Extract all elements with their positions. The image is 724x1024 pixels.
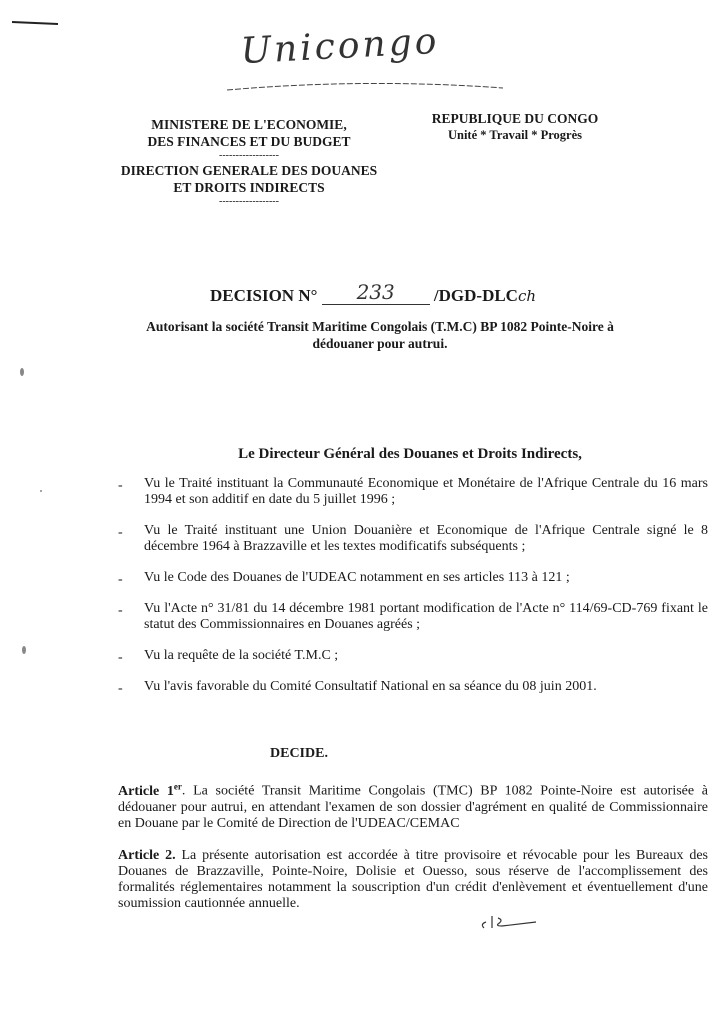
republic-header: REPUBLIQUE DU CONGO Unité * Travail * Pr… [415,110,615,144]
handwritten-underline [225,80,505,92]
direction-line-1: DIRECTION GENERALE DES DOUANES [108,162,390,179]
article-label: Article 1er [118,784,182,799]
country-name: REPUBLIQUE DU CONGO [415,110,615,127]
scan-speck [40,490,42,492]
decision-prefix: DECISION N° [210,286,317,305]
scan-speck [20,368,24,376]
decision-handwritten-suffix: ch [518,287,536,305]
article-text: . La société Transit Maritime Congolais … [118,784,708,831]
articles: Article 1er. La société Transit Maritime… [118,778,708,928]
consideration-item: -Vu l'avis favorable du Comité Consultat… [118,679,708,695]
article-label: Article 2. [118,848,176,863]
separator: ------------------ [108,150,390,162]
decision-subtitle: Autorisant la société Transit Maritime C… [105,318,655,352]
scan-mark [12,20,60,26]
direction-line-2: ET DROITS INDIRECTS [108,179,390,196]
consideration-item: -Vu l'Acte n° 31/81 du 14 décembre 1981 … [118,601,708,633]
consideration-item: -Vu le Traité instituant une Union Douan… [118,523,708,555]
handwritten-title: Unicongo [239,21,441,72]
ministry-line-1: MINISTERE DE L'ECONOMIE, [108,116,390,133]
ministry-line-2: DES FINANCES ET DU BUDGET [108,133,390,150]
separator: ------------------ [108,196,390,208]
article-text: La présente autorisation est accordée à … [118,848,708,911]
article-2: Article 2. La présente autorisation est … [118,848,708,912]
consideration-item: -Vu le Code des Douanes de l'UDEAC notam… [118,570,708,586]
considerations-list: -Vu le Traité instituant la Communauté E… [118,476,708,710]
article-1: Article 1er. La société Transit Maritime… [118,778,708,832]
national-motto: Unité * Travail * Progrès [415,127,615,144]
scan-speck [22,646,26,654]
decide-heading: DECIDE. [270,746,328,762]
consideration-item: -Vu la requête de la société T.M.C ; [118,648,708,664]
director-heading: Le Directeur Général des Douanes et Droi… [200,446,620,463]
ministry-header: MINISTERE DE L'ECONOMIE, DES FINANCES ET… [108,116,390,208]
subtitle-line-1: Autorisant la société Transit Maritime C… [105,318,655,335]
consideration-item: -Vu le Traité instituant la Communauté E… [118,476,708,508]
subtitle-line-2: dédouaner pour autrui. [105,335,655,352]
decision-title: DECISION N° 233 /DGD-DLCch [210,282,590,307]
decision-number: 233 [322,280,430,305]
handwritten-initials [478,912,538,932]
decision-reference: /DGD-DLC [434,286,518,305]
